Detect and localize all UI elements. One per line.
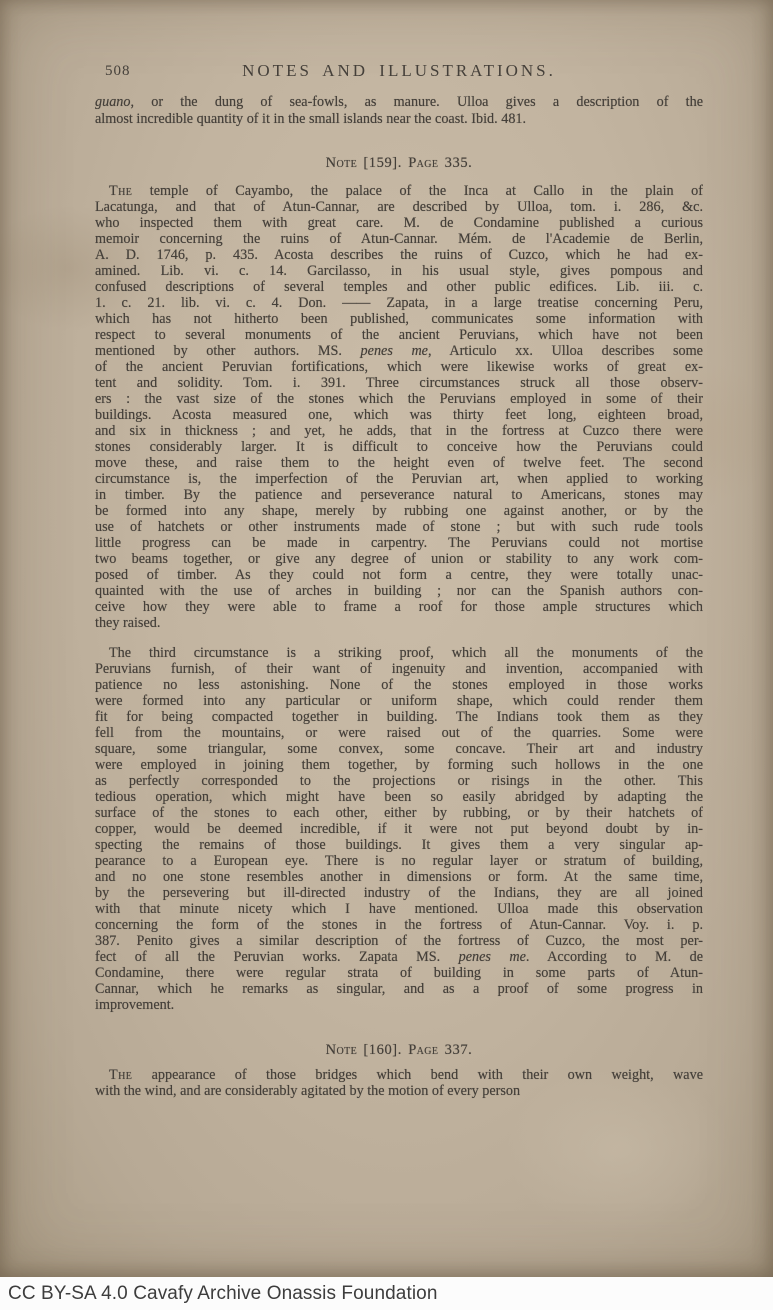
text-line: Peruvians furnish, of their want of inge… — [95, 661, 703, 677]
text-line: confused descriptions of several temples… — [95, 279, 703, 295]
text-line: move these, and raise them to the height… — [95, 455, 703, 471]
text-line: specting the remains of those buildings.… — [95, 837, 703, 853]
page-header: 508 NOTES AND ILLUSTRATIONS. — [95, 60, 703, 86]
text-line: stones considerably larger. It is diffic… — [95, 439, 703, 455]
text-line: ceive how they were able to frame a roof… — [95, 599, 703, 615]
text-line: were employed in joining them together, … — [95, 757, 703, 773]
text-line: posed of timber. As they could not form … — [95, 567, 703, 583]
text-line: improvement. — [95, 997, 703, 1013]
text-line: and six in thickness ; and yet, he adds,… — [95, 423, 703, 439]
paragraph: The temple of Cayambo, the palace of the… — [95, 183, 703, 631]
license-caption: CC BY-SA 4.0 Cavafy Archive Onassis Foun… — [0, 1283, 438, 1305]
paragraph: The appearance of those bridges which be… — [95, 1067, 703, 1099]
book-page-scan: 508 NOTES AND ILLUSTRATIONS. guano, or t… — [0, 0, 773, 1277]
text-line: The appearance of those bridges which be… — [95, 1067, 703, 1083]
text-line: little progress can be made in carpentry… — [95, 535, 703, 551]
note-heading: Note [159]. Page 335. — [95, 155, 703, 172]
text-line: Condamine, there were regular strata of … — [95, 965, 703, 981]
page-number: 508 — [105, 63, 131, 80]
text-line: concerning the form of the stones in the… — [95, 917, 703, 933]
text-line: fell from the mountains, or were raised … — [95, 725, 703, 741]
text-line: with that minute nicety which I have men… — [95, 901, 703, 917]
text-line: 387. Penito gives a similar description … — [95, 933, 703, 949]
text-line: in timber. By the patience and persevera… — [95, 487, 703, 503]
text-line: fect of all the Peruvian works. Zapata M… — [95, 949, 703, 965]
text-line: use of hatchets or other instruments mad… — [95, 519, 703, 535]
text-line: The third circumstance is a striking pro… — [95, 645, 703, 661]
text-line: be formed into any shape, merely by rubb… — [95, 503, 703, 519]
text-line: ers : the vast size of the stones which … — [95, 391, 703, 407]
text-line: and no one stone resembles another in di… — [95, 869, 703, 885]
text-line: were formed into any particular or unifo… — [95, 693, 703, 709]
text-line: mentioned by other authors. MS. penes me… — [95, 343, 703, 359]
text-line: with the wind, and are considerably agit… — [95, 1083, 703, 1099]
text-line: circumstance is, the imperfection of the… — [95, 471, 703, 487]
text-line: Cannar, which he remarks as singular, an… — [95, 981, 703, 997]
text-line: surface of the stones to each other, eit… — [95, 805, 703, 821]
text-line: respect to several monuments of the anci… — [95, 327, 703, 343]
text-line: tent and solidity. Tom. i. 391. Three ci… — [95, 375, 703, 391]
running-header: NOTES AND ILLUSTRATIONS. — [95, 60, 703, 81]
text-line: quainted with the use of arches in build… — [95, 583, 703, 599]
text-line: which has not hitherto been published, c… — [95, 311, 703, 327]
text-line: by the persevering but ill-directed indu… — [95, 885, 703, 901]
note-heading: Note [160]. Page 337. — [95, 1042, 703, 1059]
paragraph: The third circumstance is a striking pro… — [95, 645, 703, 1013]
text-line: who inspected them with great care. M. d… — [95, 215, 703, 231]
text-line: amined. Lib. vi. c. 14. Garcilasso, in h… — [95, 263, 703, 279]
text-line: Lacatunga, and that of Atun-Cannar, are … — [95, 199, 703, 215]
text-line: tedious operation, which might have been… — [95, 789, 703, 805]
text-line: A. D. 1746, p. 435. Acosta describes the… — [95, 247, 703, 263]
text-line: copper, would be deemed incredible, if i… — [95, 821, 703, 837]
text-line: as perfectly corresponded to the project… — [95, 773, 703, 789]
text-line: patience no less astonishing. None of th… — [95, 677, 703, 693]
text-line: of the ancient Peruvian fortifications, … — [95, 359, 703, 375]
text-line: fit for being compacted together in buil… — [95, 709, 703, 725]
paragraph: guano, or the dung of sea-fowls, as manu… — [95, 94, 703, 128]
text-line: pearance to a European eye. There is no … — [95, 853, 703, 869]
text-line: The temple of Cayambo, the palace of the… — [95, 183, 703, 199]
text-line: guano, or the dung of sea-fowls, as manu… — [95, 94, 703, 111]
text-line: square, some triangular, some convex, so… — [95, 741, 703, 757]
text-line: they raised. — [95, 615, 703, 631]
text-line: almost incredible quantity of it in the … — [95, 111, 703, 128]
license-caption-bar: CC BY-SA 4.0 Cavafy Archive Onassis Foun… — [0, 1277, 773, 1310]
text-line: memoir concerning the ruins of Atun-Cann… — [95, 231, 703, 247]
text-line: two beams together, or give any degree o… — [95, 551, 703, 567]
text-line: buildings. Acosta measured one, which wa… — [95, 407, 703, 423]
page-body: guano, or the dung of sea-fowls, as manu… — [95, 94, 703, 1099]
text-line: 1. c. 21. lib. vi. c. 4. Don. —— Zapata,… — [95, 295, 703, 311]
